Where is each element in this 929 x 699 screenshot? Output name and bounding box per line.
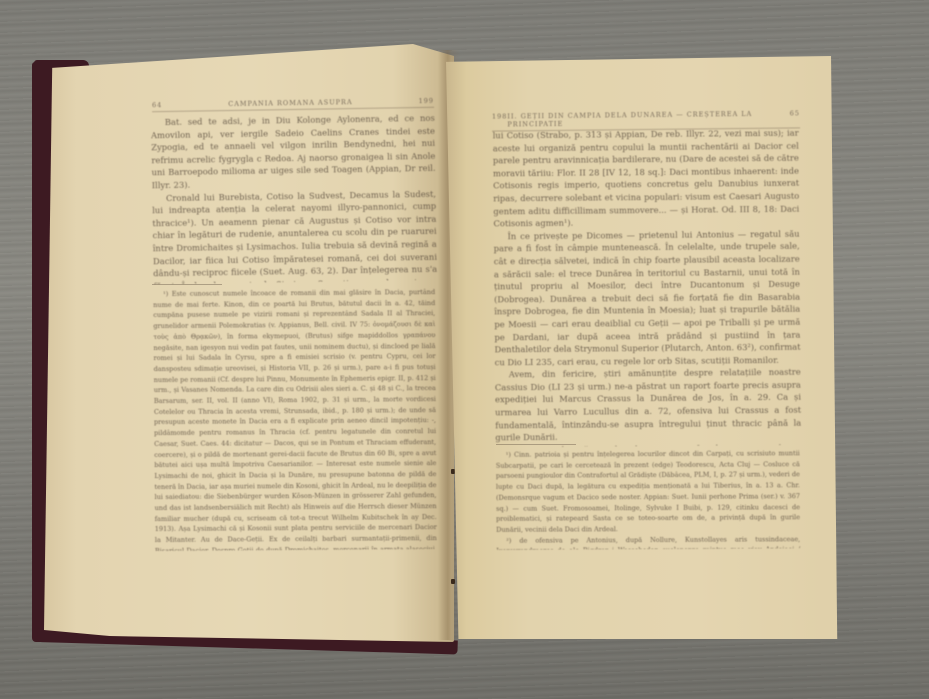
- paragraph: Cronald lui Burebista, Cotiso la Sudvest…: [152, 187, 437, 284]
- left-footnotes: ¹) Este cunoscut numele încoace de roman…: [153, 287, 437, 551]
- left-page-number: 64: [152, 101, 162, 109]
- right-body-text: lui Cotiso (Strabo, p. 313 și Appian, De…: [493, 127, 802, 448]
- right-page-number: 198: [492, 112, 508, 120]
- footnote: ²) de ofensiva pe Antonius, după Nollure…: [496, 534, 800, 550]
- right-footnotes: ¹) Cinn. patrioia și pentru înțelegerea …: [496, 448, 801, 550]
- right-running-title: II. GEȚII DIN CAMPIA DELA DUNAREA — CREȘ…: [507, 109, 789, 128]
- binding-stitch: [451, 469, 455, 474]
- footnote: ¹) Cinn. patrioia și pentru înțelegerea …: [496, 448, 800, 535]
- paragraph: Avem, din fericire, știri amănunțite des…: [495, 366, 802, 444]
- footnote-divider: [152, 284, 222, 285]
- photo-scene: 64 CAMPANIA ROMANA ASUPRA 199 Bat. sed t…: [0, 0, 929, 699]
- paragraph: Bat. sed te adsi, je in Diu Kolonge Aylo…: [151, 112, 436, 192]
- footnote-divider: [496, 444, 576, 445]
- left-running-mark: 199: [418, 97, 434, 105]
- footnote: ¹) Este cunoscut numele încoace de roman…: [153, 287, 437, 551]
- left-running-title: CAMPANIA ROMANA ASUPRA: [228, 98, 353, 108]
- right-running-mark: 65: [790, 109, 800, 117]
- binding-stitch: [451, 579, 455, 584]
- paragraph: lui Cotiso (Strabo, p. 313 și Appian, De…: [493, 127, 800, 230]
- left-body-text: Bat. sed te adsi, je in Diu Kolonge Aylo…: [151, 112, 438, 284]
- paragraph: În ce privește pe Dicomes — prietenul lu…: [493, 227, 800, 368]
